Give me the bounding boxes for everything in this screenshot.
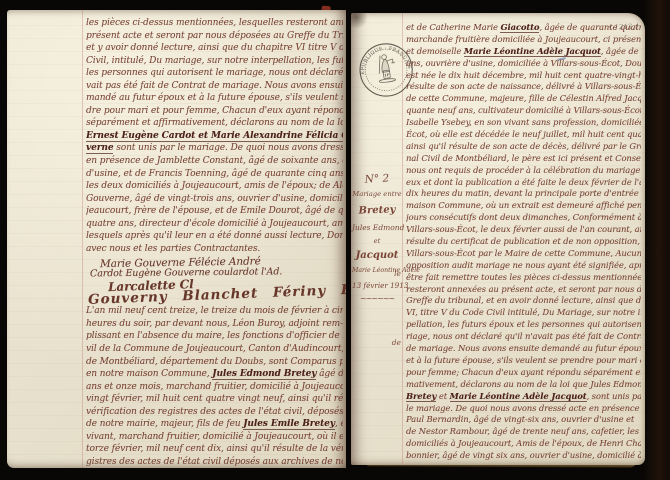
- manuscript-line: VI, titre V du Code Civil intitulé, Du M…: [406, 307, 641, 319]
- manuscript-line: dre pour mari et pour femme, Chacun d'eu…: [86, 105, 343, 118]
- manuscript-line: les pièces ci-dessus mentionnées, lesque…: [86, 17, 343, 30]
- manuscript-line: résulte du certificat de publication et …: [406, 236, 641, 248]
- manuscript-line: marchande fruitière domiciliée à Joujeau…: [406, 34, 641, 46]
- manuscript-line: vivant, marchand fruitier, domicilié à J…: [86, 431, 343, 444]
- left-page-text: les pièces ci-dessus mentionnées, lesque…: [86, 17, 343, 468]
- manuscript-line: Paul Bernardin, âgé de vingt-six ans, ou…: [406, 414, 641, 426]
- manuscript-line: gistres des actes de l'état civil déposé…: [86, 456, 343, 468]
- manuscript-line: vingt février, mil huit cent quatre ving…: [86, 393, 343, 406]
- manuscript-line: et de Catherine Marie Giacotto, âgée de …: [406, 22, 641, 34]
- margin-note-line: Bretey: [352, 200, 403, 221]
- manuscript-line: de mariage. Nous avons ensuite demandé a…: [406, 343, 641, 355]
- right-page: RÉPUBLIQUE · FRANÇAISE 1F • 1213.4 N° 2M…: [351, 13, 645, 465]
- manuscript-line: Civil, intitulé, Du mariage, sur notre i…: [86, 55, 343, 68]
- manuscript-line: de cette Commune, majeure, fille de Céle…: [406, 93, 641, 105]
- manuscript-line: mativement, déclarons au nom de la loi q…: [406, 379, 641, 391]
- margin-note-line: 13 février 1913: [352, 278, 402, 293]
- manuscript-line: ans et onze mois, marchand fruitier, dom…: [86, 381, 343, 394]
- manuscript-line: ans, ouvrière d'usine, domiciliée à Vill…: [406, 58, 641, 70]
- stamp-denomination: 1F: [384, 73, 390, 78]
- manuscript-line: et à la future épouse, s'ils veulent se …: [406, 355, 641, 367]
- manuscript-line: séparément et affirmativement, déclarons…: [86, 117, 343, 130]
- manuscript-line: vait pas été fait de Contrat de mariage.…: [86, 80, 343, 93]
- margin-note-line: Mariage entre: [352, 188, 402, 201]
- manuscript-line: le mariage. De quoi nous avons dressé ac…: [406, 403, 641, 415]
- manuscript-line: et demoiselle Marie Léontine Adèle Jacqu…: [406, 46, 641, 58]
- manuscript-line: riage, nous ont déclaré qu'il n'avait pa…: [406, 331, 641, 343]
- left-page: les pièces ci-dessus mentionnées, lesque…: [7, 10, 346, 468]
- manuscript-line: Écot, où elle est décédée le neuf juille…: [406, 129, 641, 141]
- manuscript-line: vérification des registres des actes de …: [86, 406, 343, 419]
- manuscript-line: maison Commune, où un extrait est demeur…: [406, 200, 641, 212]
- manuscript-line: avec nous et les parties Contractantes.: [86, 243, 343, 256]
- left-margin-rule: [82, 10, 83, 468]
- manuscript-line: vil de la Commune de Joujeaucourt, Canto…: [86, 343, 343, 356]
- manuscript-line: ainsi qu'il résulte de son acte de décès…: [406, 141, 641, 153]
- manuscript-line: opposition audit mariage ne nous ayant é…: [406, 260, 641, 272]
- manuscript-line: de Nestor Rambour, âgé de trente neuf an…: [406, 426, 641, 438]
- manuscript-line: Isabelle Ysebey, en son vivant sans prof…: [406, 117, 641, 129]
- gutter-smudge: [351, 13, 377, 33]
- manuscript-line: être fait remettre toutes les pièces ci-…: [406, 272, 641, 284]
- margin-catchword: de: [387, 338, 401, 347]
- manuscript-line: pour femme; Chacun d'eux ayant répondu s…: [406, 367, 641, 379]
- manuscript-line: nal Civil de Montbéliard, le père est ic…: [406, 153, 641, 165]
- manuscript-line: présent acte et seront par nous déposées…: [86, 30, 343, 43]
- manuscript-line: Ernest Eugène Cardot et Marie Alexandrin…: [86, 130, 343, 143]
- manuscript-line: pellation, les futurs époux et les perso…: [406, 319, 641, 331]
- manuscript-line: est née le dix huit décembre, mil huit c…: [406, 70, 641, 82]
- stamp-figure: [376, 54, 397, 84]
- signature-block: Marie Gouverne Félécie AndréCardot Eugèn…: [86, 257, 343, 303]
- book-cover-right-edge: [644, 0, 670, 480]
- manuscript-line: jours consécutifs dont deux dimanches, C…: [406, 212, 641, 224]
- manuscript-line: nous ont requis de procéder à la célébra…: [406, 165, 641, 177]
- manuscript-line: Villars-sous-Écot par le Maire de cette …: [406, 248, 641, 260]
- margin-note-line: Jules Edmond: [352, 220, 402, 235]
- manuscript-line: L'an mil neuf cent treize, le treize du …: [86, 305, 343, 318]
- manuscript-line: Gouverne, âgé de vingt-trois ans, ouvrie…: [86, 193, 343, 206]
- margin-annotation: N° 2Mariage entreBreteyJules EdmondetJac…: [352, 171, 402, 305]
- manuscript-line: de notre mairie, majeur, fils de feu Jul…: [86, 418, 343, 431]
- manuscript-line: mandé au futur époux et à la future épou…: [86, 92, 343, 105]
- manuscript-line: resteront annexées au présent acte, et s…: [406, 284, 641, 296]
- manuscript-line: de Montbéliard, département du Doubs, so…: [86, 356, 343, 369]
- margin-note-line: ~~~~~~: [352, 293, 402, 305]
- manuscript-line: résulte de son acte de naissance, délivr…: [406, 81, 641, 93]
- registry-book-scan: les pièces ci-dessus mentionnées, lesque…: [0, 0, 670, 480]
- manuscript-line: verne sont unis par le mariage. De quoi …: [86, 142, 343, 155]
- manuscript-line: torze février, mil neuf cent dix, ainsi …: [86, 443, 343, 456]
- manuscript-line: les deux domiciliés à Joujeaucourt, amis…: [86, 180, 343, 193]
- act1-block: les pièces ci-dessus mentionnées, lesque…: [86, 17, 343, 255]
- manuscript-line: heures du soir, par devant nous, Léon Bu…: [86, 318, 343, 331]
- margin-catchword: le: [387, 269, 401, 278]
- manuscript-line: d'usine, et de Francis Toenning, âgé de …: [86, 168, 343, 181]
- manuscript-line: plissant en l'absence du maire, les fonc…: [86, 330, 343, 343]
- act2-block: L'an mil neuf cent treize, le treize du …: [86, 305, 343, 468]
- margin-note-line: N° 2: [352, 170, 403, 190]
- manuscript-line: en notre maison Commune, Jules Edmond Br…: [86, 368, 343, 381]
- margin-note-line: et: [352, 235, 402, 247]
- manuscript-line: Villars-sous-Écot, le deux février aussi…: [406, 224, 641, 236]
- manuscript-line: domiciliés à Joujeaucourt, Amis de l'épo…: [406, 438, 641, 450]
- manuscript-line: jeaucourt, frère de l'épouse, et de Emil…: [86, 205, 343, 218]
- manuscript-line: en présence de Jamblette Constant, âgé d…: [86, 155, 343, 168]
- right-page-text: et de Catherine Marie Giacotto, âgée de …: [406, 22, 641, 462]
- manuscript-line: quante neuf ans, cultivateur domicilié à…: [406, 105, 641, 117]
- manuscript-line: Greffe du tribunal, et en avoir donné le…: [406, 295, 641, 307]
- manuscript-line: quatre ans, directeur d'école domicilié …: [86, 218, 343, 231]
- manuscript-line: les personnes qui autorisent le mariage,…: [86, 67, 343, 80]
- manuscript-line: lesquels après qu'il leur en a été donné…: [86, 230, 343, 243]
- manuscript-line: Bretey et Marie Léontine Adèle Jacquot, …: [406, 391, 641, 403]
- manuscript-line: eux et dont la publication a été faite l…: [406, 177, 641, 189]
- margin-note-line: Jacquot: [352, 247, 402, 264]
- manuscript-line: dix heures du matin, devant la principal…: [406, 188, 641, 200]
- manuscript-line: bonnier, âgé de vingt six ans, ouvrier d…: [406, 450, 641, 462]
- manuscript-line: et y avoir donné lecture, ainsi que du c…: [86, 42, 343, 55]
